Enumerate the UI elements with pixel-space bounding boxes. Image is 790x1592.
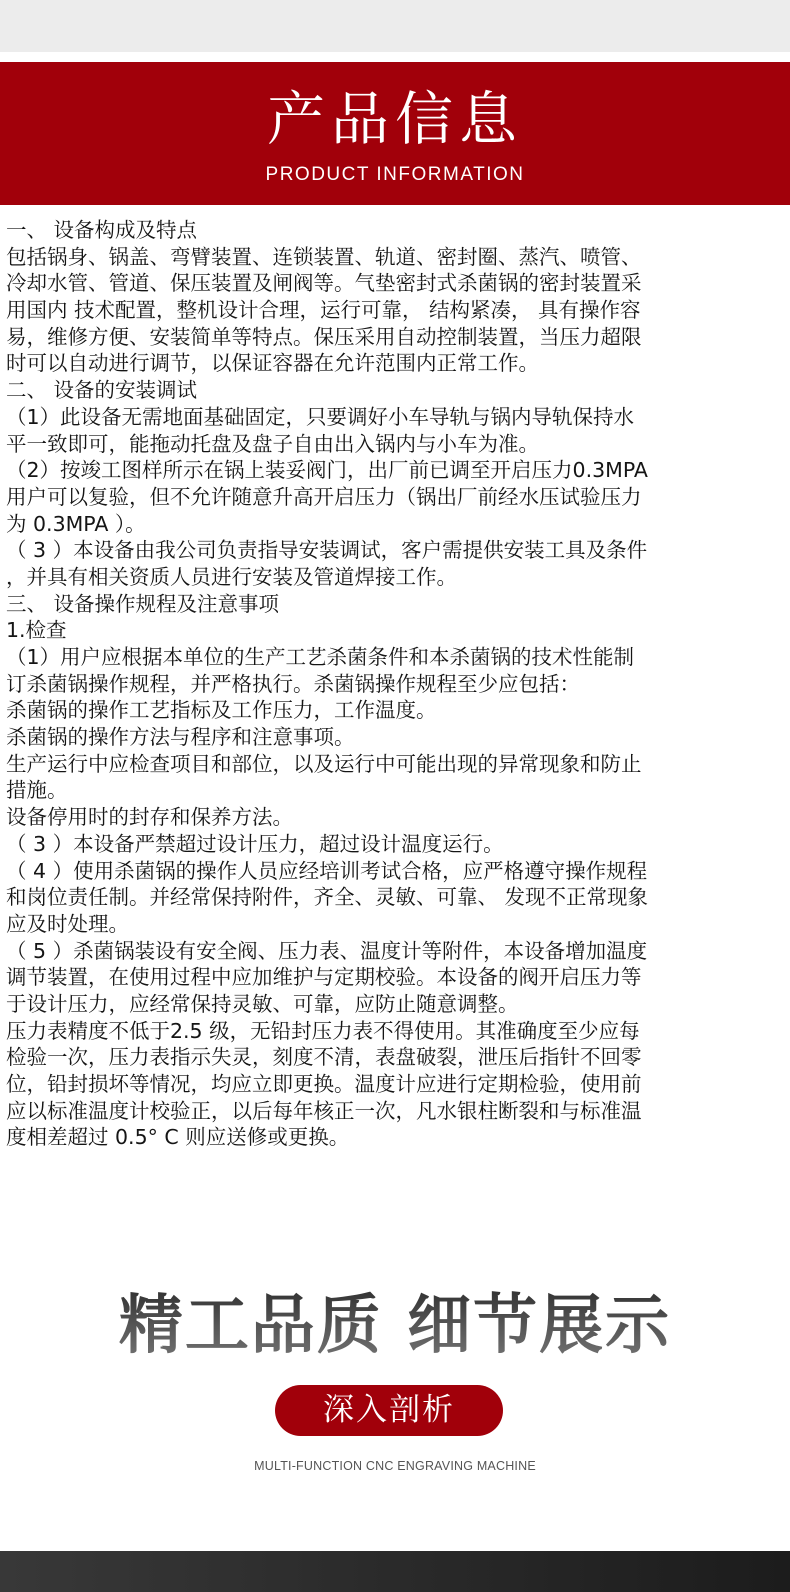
deep-analysis-button[interactable]: 深入剖析: [275, 1385, 503, 1436]
text-line: 和岗位责任制。并经常保持附件，齐全、灵敏、可靠、 发现不正常现象: [6, 884, 786, 911]
machine-subtitle: MULTI-FUNCTION CNC ENGRAVING MACHINE: [0, 1459, 790, 1473]
text-line: ，并具有相关资质人员进行安装及管道焊接工作。: [6, 564, 786, 591]
text-line: 压力表精度不低于2.5 级，无铅封压力表不得使用。其准确度至少应每: [6, 1018, 786, 1045]
text-line: （ 3 ）本设备严禁超过设计压力，超过设计温度运行。: [6, 831, 786, 858]
text-line: 杀菌锅的操作方法与程序和注意事项。: [6, 724, 786, 751]
text-line: （ 5 ）杀菌锅装设有安全阀、压力表、温度计等附件，本设备增加温度: [6, 938, 786, 965]
text-line: 设备停用时的封存和保养方法。: [6, 804, 786, 831]
text-line: 应以标准温度计校验正，以后每年核正一次，凡水银柱断裂和与标准温: [6, 1098, 786, 1125]
section-heading: 一、 设备构成及特点: [6, 217, 786, 244]
text-line: 杀菌锅的操作工艺指标及工作压力，工作温度。: [6, 697, 786, 724]
text-line: （1）用户应根据本单位的生产工艺杀菌条件和本杀菌锅的技术性能制: [6, 644, 786, 671]
text-line: 订杀菌锅操作规程，并严格执行。杀菌锅操作规程至少应包括：: [6, 671, 786, 698]
section-heading: 二、 设备的安装调试: [6, 377, 786, 404]
text-line: （1）此设备无需地面基础固定，只要调好小车导轨与锅内导轨保持水: [6, 404, 786, 431]
text-line: 应及时处理。: [6, 911, 786, 938]
bottom-band: [0, 1551, 790, 1592]
text-line: 1.检查: [6, 617, 786, 644]
product-info-banner: 产品信息 PRODUCT INFORMATION: [0, 62, 790, 205]
text-line: 生产运行中应检查项目和部位，以及运行中可能出现的异常现象和防止: [6, 751, 786, 778]
section-heading: 三、 设备操作规程及注意事项: [6, 591, 786, 618]
banner-subtitle: PRODUCT INFORMATION: [0, 164, 790, 186]
product-info-body: 一、 设备构成及特点 包括锅身、锅盖、弯臂装置、连锁装置、轨道、密封圈、蒸汽、喷…: [6, 217, 786, 1151]
text-line: （ 3 ）本设备由我公司负责指导安装调试，客户需提供安装工具及条件: [6, 537, 786, 564]
detail-headline: 精工品质 细节展示: [0, 1274, 790, 1366]
text-line: 于设计压力，应经常保持灵敏、可靠，应防止随意调整。: [6, 991, 786, 1018]
text-line: 措施。: [6, 777, 786, 804]
text-line: 度相差超过 0.5° C 则应送修或更换。: [6, 1124, 786, 1151]
text-line: 平一致即可，能拖动托盘及盘子自由出入锅内与小车为准。: [6, 431, 786, 458]
text-line: 用国内 技术配置，整机设计合理，运行可靠， 结构紧凑， 具有操作容: [6, 297, 786, 324]
text-line: 易，维修方便、安装简单等特点。保压采用自动控制装置，当压力超限: [6, 324, 786, 351]
text-line: 为 0.3MPA ）。: [6, 511, 786, 538]
text-line: （ 4 ）使用杀菌锅的操作人员应经培训考试合格，应严格遵守操作规程: [6, 858, 786, 885]
text-line: 用户可以复验，但不允许随意升高开启压力（锅出厂前经水压试验压力: [6, 484, 786, 511]
text-line: （2）按竣工图样所示在锅上装妥阀门，出厂前已调至开启压力0.3MPA: [6, 457, 786, 484]
text-line: 检验一次，压力表指示失灵，刻度不清，表盘破裂，泄压后指针不回零: [6, 1044, 786, 1071]
text-line: 冷却水管、管道、保压装置及闸阀等。气垫密封式杀菌锅的密封装置采: [6, 270, 786, 297]
top-band: [0, 0, 790, 52]
text-line: 调节装置，在使用过程中应加维护与定期校验。本设备的阀开启压力等: [6, 964, 786, 991]
text-line: 时可以自动进行调节，以保证容器在允许范围内正常工作。: [6, 350, 786, 377]
text-line: 包括锅身、锅盖、弯臂装置、连锁装置、轨道、密封圈、蒸汽、喷管、: [6, 244, 786, 271]
banner-title: 产品信息: [0, 84, 790, 154]
text-line: 位，铅封损坏等情况，均应立即更换。温度计应进行定期检验，使用前: [6, 1071, 786, 1098]
